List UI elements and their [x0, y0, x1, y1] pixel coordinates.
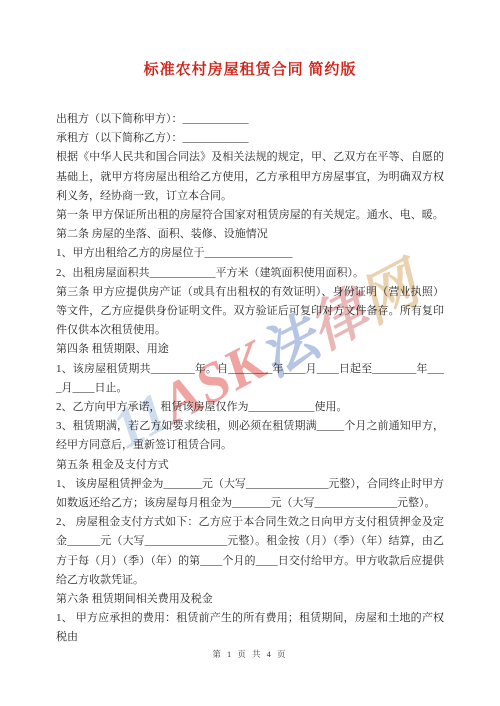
paragraph-article4-heading: 第四条 租赁期限、用途: [56, 340, 444, 359]
paragraph-article2-item1: 1、甲方出租给乙方的房屋位于________________: [56, 244, 444, 263]
document-title: 标准农村房屋租赁合同 简约版: [56, 58, 444, 79]
document-body: 出租方（以下简称甲方）：____________ 承租方（以下简称乙方）：___…: [56, 110, 444, 648]
paragraph-article6-item1: 1、 甲方应承担的费用：租赁前产生的所有费用；租赁期间，房屋和土地的产权税由: [56, 609, 444, 647]
paragraph-article4-item3: 3、租赁期满，若乙方如要求续租，则必须在租赁期满_____个月之前通知甲方，经甲…: [56, 417, 444, 455]
paragraph-article5-item1: 1、 该房屋租赁押金为_______元（大写_______________元整）…: [56, 475, 444, 513]
paragraph-lessee: 承租方（以下简称乙方）：____________: [56, 129, 444, 148]
page-footer: 第 1 页 共 4 页: [0, 648, 500, 660]
paragraph-article6-heading: 第六条 租赁期间相关费用及税金: [56, 590, 444, 609]
paragraph-article5-item2: 2、 房屋租金支付方式如下：乙方应于本合同生效之日向甲方支付租赁押金及定金___…: [56, 513, 444, 590]
paragraph-article4-item2: 2、乙方向甲方承诺，租赁该房屋仅作为____________使用。: [56, 398, 444, 417]
paragraph-article5-heading: 第五条 租金及支付方式: [56, 456, 444, 475]
paragraph-article1: 第一条 甲方保证所出租的房屋符合国家对租赁房屋的有关规定。通水、电、暖。: [56, 206, 444, 225]
contract-page: 11 ASK 法 律 网 标准农村房屋租赁合同 简约版 出租方（以下简称甲方）：…: [0, 0, 500, 706]
paragraph-article3: 第三条 甲方应提供房产证（或具有出租权的有效证明）、身份证明（营业执照）等文件，…: [56, 283, 444, 341]
paragraph-preamble: 根据《中华人民共和国合同法》及相关法规的规定，甲、乙双方在平等、自愿的基础上，就…: [56, 148, 444, 206]
paragraph-article2-heading: 第二条 房屋的坐落、面积、装修、设施情况: [56, 225, 444, 244]
paragraph-article2-item2: 2、出租房屋面积共____________平方米（建筑面积使用面积）。: [56, 264, 444, 283]
paragraph-lessor: 出租方（以下简称甲方）：____________: [56, 110, 444, 129]
document-content: 标准农村房屋租赁合同 简约版 出租方（以下简称甲方）：____________ …: [56, 58, 444, 648]
paragraph-article4-item1: 1、该房屋租赁期共________年。自________年____月____日起…: [56, 360, 444, 398]
